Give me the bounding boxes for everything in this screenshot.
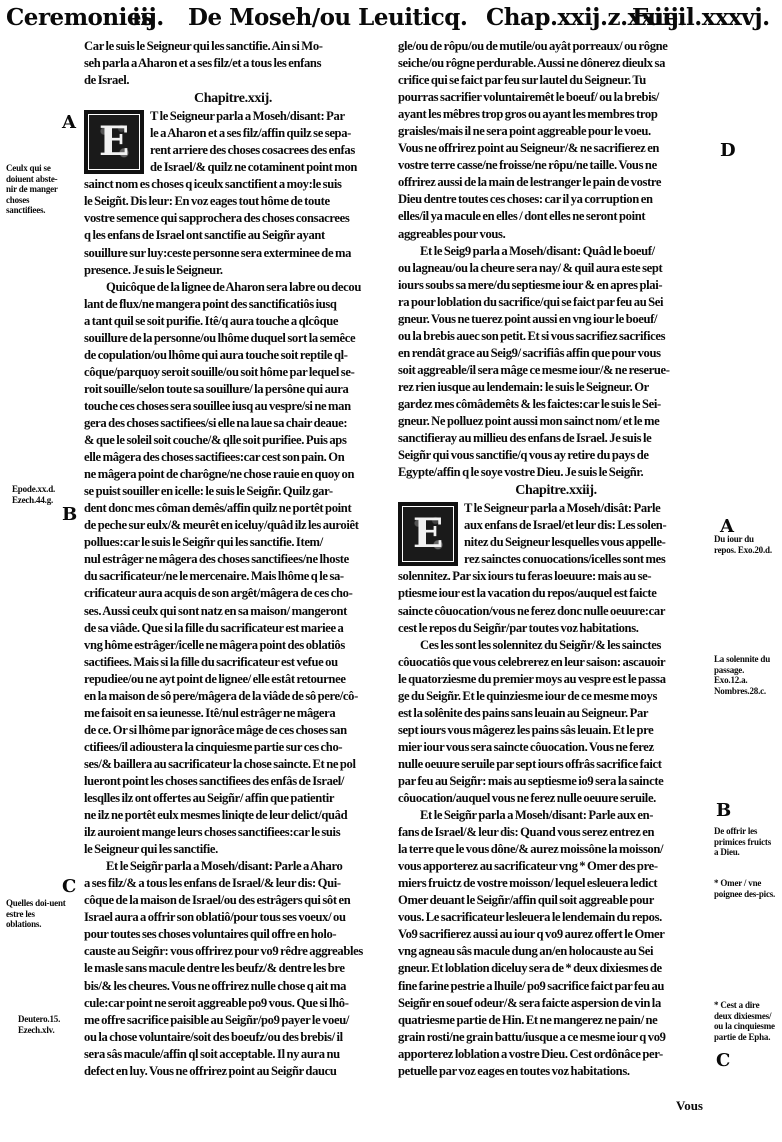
text-line: ilz auroient mange leurs choses sanctifi… [84, 824, 382, 841]
margin-note-passover: La solennite du passage. Exo.12.a. Nombr… [714, 654, 778, 696]
text-line: Dieu dentre toutes ces choses: car il ya… [398, 191, 714, 208]
text-line: petuelle par voz eages en toutes voz hab… [398, 1063, 714, 1080]
text-line: côque de la maison de Israel/ou des estr… [84, 892, 382, 909]
text-line: de copulation/ou lhôme qui aura touche s… [84, 347, 382, 364]
text-line: vostre semence qui sapprochera des chose… [84, 210, 382, 227]
text-line: vostre terre casse/ne froisse/ne rôpu/ne… [398, 157, 714, 174]
text-line: de ce. Or si lhôme par ignorâce mâge de … [84, 722, 382, 739]
text-line: sera sâs macule/affin ql soit acceptable… [84, 1046, 382, 1063]
text-line: sanctifieray au millieu des enfans de Is… [398, 430, 714, 447]
text-line: souillure de la personne/ou lhôme duquel… [84, 330, 382, 347]
text-line: Israel aura a offrir son oblatiô/pour to… [84, 909, 382, 926]
right-body-lines-ch22: gle/ou de rôpu/ou de mutile/ou ayât porr… [398, 38, 714, 481]
text-line: ayant les mêbres trop gros ou ayant les … [398, 106, 714, 123]
running-header: Ceremonies iij. De Moseh/ou Leuiticq. Ch… [4, 4, 774, 38]
text-line: de Israel. [84, 72, 382, 89]
text-line: seiche/ou rôgne perdurable. Aussi ne dôn… [398, 55, 714, 72]
text-line: graisles/mais il ne sera point aggreable… [398, 123, 714, 140]
margin-section-letter-b: B [62, 504, 77, 525]
text-line: lesqlles ilz ont offertes au Seigñr/ aff… [84, 790, 382, 807]
text-line: est la solênite des pains sans leuain au… [398, 705, 714, 722]
margin-note-reference: Epode.xx.d. Ezech.44.g. [12, 484, 72, 505]
text-line: ctifiees/il adioustera la cinquiesme par… [84, 739, 382, 756]
text-line: pour toutes ses choses voluntaires quil … [84, 926, 382, 943]
text-line: se puist souiller en icelle: le suis le … [84, 483, 382, 500]
text-line: miers fruictz de vostre moisson/ lequel … [398, 875, 714, 892]
text-line: gle/ou de rôpu/ou de mutile/ou ayât porr… [398, 38, 714, 55]
text-line: de sa viâde. Que si la fille du sacrific… [84, 620, 382, 637]
text-line: ne ilz ne portêt eulx mesmes liniqte de … [84, 807, 382, 824]
header-book-number: iij. [132, 4, 164, 31]
margin-note-firstfruits: De offrir les primices fruicts a Dieu. [714, 826, 776, 858]
text-line: du sacrificateur/ne le mercenaire. Mais … [84, 568, 382, 585]
woodcut-frame-icon: E [402, 506, 454, 562]
margin-note-rest-day: Du iour du repos. Exo.20.d. [714, 534, 776, 555]
text-line: a ses filz/& a tous les enfans de Israel… [84, 875, 382, 892]
text-line: q les enfans de Israel ont sanctifie au … [84, 227, 382, 244]
text-line: ptiesme iour est la vacation du repos/au… [398, 585, 714, 602]
text-line: par feu au Seigñr: mais au septiesme io9… [398, 773, 714, 790]
text-line: ou lagneau/ou la cheure sera nay/ & quil… [398, 260, 714, 277]
text-line: Et le Seigñr parla a Moseh/disant: Parle… [398, 807, 714, 824]
text-line: ses/& baillera au sacrificateur la chose… [84, 756, 382, 773]
text-line: ses. Aussi ceulx qui sont natz en sa mai… [84, 603, 382, 620]
text-line: Seigñr en souef odeur/& sera faicte aspe… [398, 995, 714, 1012]
decorated-initial-e: E [398, 502, 458, 566]
margin-note-tenth: * Cest a dire deux dixiesmes/ ou la cinq… [714, 1000, 778, 1042]
decorated-initial-block: E T le Seigneur parla a Moseh/disant: Pa… [84, 108, 382, 176]
text-line: repudiee/ou ne ayt point de lignee/ elle… [84, 671, 382, 688]
text-line: en la maison de sô pere/mâgera de la viâ… [84, 688, 382, 705]
text-line: souillure sur luy:ceste personne sera ex… [84, 245, 382, 262]
text-line: la terre que le vous dône/& aurez moissô… [398, 841, 714, 858]
text-line: fans de Israel/& leur dis: Quand vous se… [398, 824, 714, 841]
text-line: rez rien iusque au lendemain: le suis le… [398, 379, 714, 396]
text-line: elle mâgera des choses sactifiees:car ce… [84, 449, 382, 466]
text-line: touche ces choses sera souillee iusq au … [84, 398, 382, 415]
text-line: & que le soleil soit couche/& qlle soit … [84, 432, 382, 449]
text-line: gera des choses sactifiees/si elle na la… [84, 415, 382, 432]
text-line: Omer deuant le Seigñr/affin quil soit ag… [398, 892, 714, 909]
text-line: iours soubs sa mere/du septiesme iour & … [398, 277, 714, 294]
woodcut-frame-icon: E [88, 114, 140, 170]
text-line: Ces les sont les solennitez du Seigñr/& … [398, 637, 714, 654]
text-line: Vo9 sacrifierez aussi au iour q vo9 aure… [398, 926, 714, 943]
text-line: nul estrâger ne mâgera des choses sancti… [84, 551, 382, 568]
text-line: le masle sans macule dentre les beufz/& … [84, 960, 382, 977]
decorated-initial-e: E [84, 110, 144, 174]
text-line: defect en luy. Vous ne offrirez point au… [84, 1063, 382, 1080]
text-line: Car le suis le Seigneur qui les sanctifi… [84, 38, 382, 55]
text-line: Et le Seig9 parla a Moseh/disant: Quâd l… [398, 243, 714, 260]
text-line: le quatorziesme du premier moys au vespr… [398, 671, 714, 688]
text-line: bis/& les cheures. Vous ne offrirez null… [84, 978, 382, 995]
margin-note-reference: Deutero.15. Ezech.xlv. [18, 1014, 74, 1035]
left-text-column: Car le suis le Seigneur qui les sanctifi… [84, 38, 382, 1080]
text-line: seh parla a Aharon et a ses filz/et a to… [84, 55, 382, 72]
chapter-heading-22: Chapitre.xxij. [84, 89, 382, 108]
margin-section-letter-b: B [716, 800, 731, 821]
text-line: crifice qui se faict par feu sur lautel … [398, 72, 714, 89]
text-line: cest le repos du Seigñr/par toutes voz h… [398, 620, 714, 637]
left-body-lines: sainct nom es choses q iceulx sanctifien… [84, 176, 382, 1079]
text-line: sainct nom es choses q iceulx sanctifien… [84, 176, 382, 193]
text-line: Seigñr qui vous sanctifie/q vous ay reti… [398, 447, 714, 464]
text-line: elles/il ya macule en elles / dont elles… [398, 208, 714, 225]
text-line: côuocation/auquel vous ne ferez nulle oe… [398, 790, 714, 807]
text-line: côuocatiôs que vous celebrerez en leur s… [398, 654, 714, 671]
chapter-heading-23: Chapitre.xxiij. [398, 481, 714, 500]
text-line: le Seigñt. Dis leur: En voz eages tout h… [84, 193, 382, 210]
text-line: gneur. Vous ne tuerez point aussi en vng… [398, 311, 714, 328]
header-title: De Moseh/ou Leuiticq. [188, 4, 467, 31]
margin-section-letter-a: A [62, 112, 76, 133]
margin-note-offerings: Quelles doi-uent estre les oblations. [6, 898, 70, 930]
text-line: vng hôme estrâger/icelle ne mâgera point… [84, 637, 382, 654]
text-line: mier iour vous sera saincte côuocation. … [398, 739, 714, 756]
text-line: gneur. Ne polluez point aussi mon sainct… [398, 413, 714, 430]
text-line: pollues:car le suis le Seigñr qui les sa… [84, 534, 382, 551]
scanned-bible-page: Ceremonies iij. De Moseh/ou Leuiticq. Ch… [0, 0, 782, 1142]
text-line: fine farine pestrie a lhuile/ po9 sacrif… [398, 978, 714, 995]
text-line: offrirez aussi de la main de lestranger … [398, 174, 714, 191]
text-line: en rendât grace au Seig9/ sacrifiâs affi… [398, 345, 714, 362]
text-line: Vous ne offrirez point au Seigneur/& ne … [398, 140, 714, 157]
text-line: causte au Seigñr: vous offrirez pour vo9… [84, 943, 382, 960]
text-line: Et le Seigñr parla a Moseh/disant: Parle… [84, 858, 382, 875]
text-line: ne mâgera point de charôgne/ne chose rau… [84, 466, 382, 483]
text-line: gneur. Et loblation diceluy sera de * de… [398, 960, 714, 977]
text-line: apporterez loblation a vostre Dieu. Cest… [398, 1046, 714, 1063]
text-line: aggreables pour vous. [398, 226, 714, 243]
decorated-initial-block: E T le Seigneur parla a Moseh/disât: Par… [398, 500, 714, 568]
text-line: sactifiees. Mais si la fille du sacrific… [84, 654, 382, 671]
text-line: côque/parquoy seroit souille/ou soit hôm… [84, 364, 382, 381]
right-text-column: gle/ou de rôpu/ou de mutile/ou ayât porr… [398, 38, 714, 1080]
text-line: sept iours vous mâgerez les pains sâs le… [398, 722, 714, 739]
text-line: de peche sur eulx/& meurêt en iceluy/quâ… [84, 517, 382, 534]
text-line: me faisoit en sa ieunesse. Itê/nul estrâ… [84, 705, 382, 722]
text-line: solennitez. Par six iours tu feras loeuu… [398, 568, 714, 585]
text-line: saincte côuocation/vous ne ferez donc nu… [398, 603, 714, 620]
margin-section-letter-c: C [716, 1050, 730, 1071]
text-line: cule:car point ne seroit aggreable po9 v… [84, 995, 382, 1012]
right-body-lines-ch23: solennitez. Par six iours tu feras loeuu… [398, 568, 714, 1079]
text-line: dent donc mes côman demês/affin quilz ne… [84, 500, 382, 517]
text-line: grain rosti/ne grain battu/iusque a ce m… [398, 1029, 714, 1046]
text-line: gardez mes cômâdemêts & les faictes:car … [398, 396, 714, 413]
text-line: ge du Seigñr. Et le quinziesme iour de c… [398, 688, 714, 705]
text-line: a tant quil se soit purifie. Itê/q aura … [84, 313, 382, 330]
text-line: nulle oeuure seruile par sept iours offr… [398, 756, 714, 773]
text-line: quatriesme partie de Hin. Et ne mangerez… [398, 1012, 714, 1029]
text-line: lant de flux/ne mangera point des sancti… [84, 296, 382, 313]
margin-section-letter-d: D [720, 140, 736, 161]
text-line: ou la brebis auec son petit. Et si vous … [398, 328, 714, 345]
text-line: vng agneau sâs macule dung an/en holocau… [398, 943, 714, 960]
catchword: Vous [676, 1098, 703, 1114]
margin-note-abstain: Ceulx qui se doiuent abste-nir de manger… [6, 163, 60, 216]
text-line: roit souille/selon toute sa souillure/ l… [84, 381, 382, 398]
text-line: Egypte/affin q le soye vostre Dieu. Je s… [398, 464, 714, 481]
text-line: vous apporterez au sacrificateur vng * O… [398, 858, 714, 875]
text-line: me offre sacrifice paisible au Seigñr/po… [84, 1012, 382, 1029]
text-line: le Seigneur qui les sanctifie. [84, 841, 382, 858]
margin-note-omer: * Omer / vne poignee des-pics. [714, 878, 776, 899]
text-line: presence. Je suis le Seigneur. [84, 262, 382, 279]
text-line: Quicôque de la lignee de Aharon sera lab… [84, 279, 382, 296]
text-line: pourras sacrifier voluntairemêt le boeuf… [398, 89, 714, 106]
margin-section-letter-c: C [62, 876, 76, 897]
text-line: ra pour loblation du sacrifice/qui se fa… [398, 294, 714, 311]
text-line: crificateur aura acquis de son argêt/mâg… [84, 585, 382, 602]
text-line: vous. Le sacrificateur lesleuera le lend… [398, 909, 714, 926]
text-line: ou la chose voluntaire/soit des boeufz/o… [84, 1029, 382, 1046]
text-line: soit aggreable/il sera mâge ce mesme iou… [398, 362, 714, 379]
text-line: lueront point les choses sanctifiees des… [84, 773, 382, 790]
header-folio: Fueil.xxxvj. [632, 4, 770, 31]
